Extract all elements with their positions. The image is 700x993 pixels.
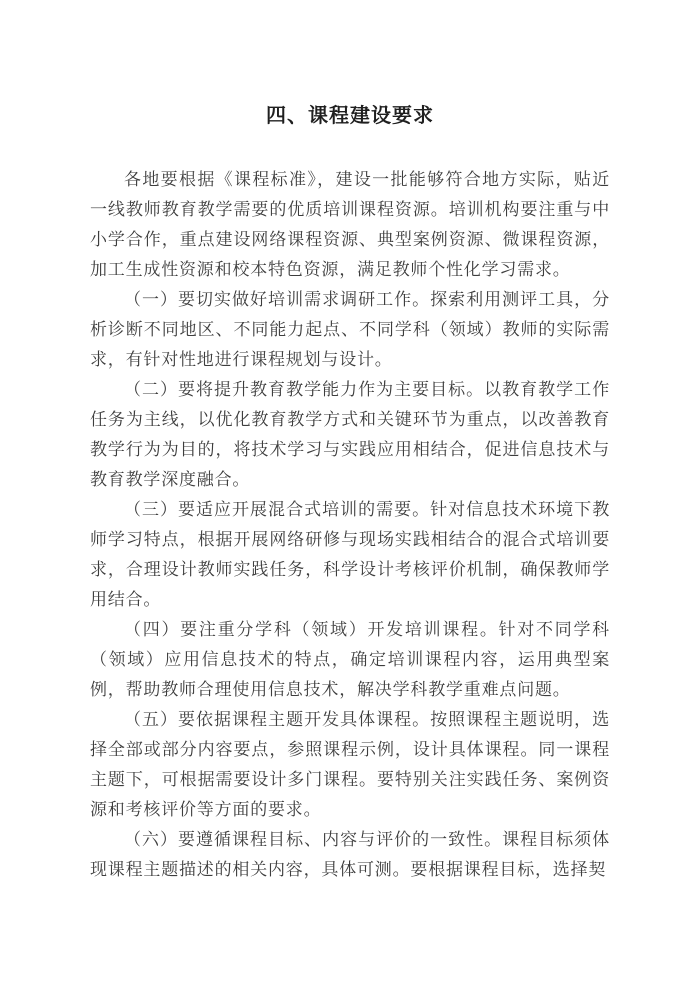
paragraph: （四）要注重分学科（领域）开发培训课程。针对不同学科（领域）应用信息技术的特点，… (90, 615, 610, 705)
document-page: 四、课程建设要求 各地要根据《课程标准》，建设一批能够符合地方实际，贴近一线教师… (0, 0, 700, 993)
document-title: 四、课程建设要求 (90, 103, 610, 129)
paragraph: （一）要切实做好培训需求调研工作。探索利用测评工具，分析诊断不同地区、不同能力起… (90, 285, 610, 375)
paragraph: （二）要将提升教育教学能力作为主要目标。以教育教学工作任务为主线，以优化教育教学… (90, 375, 610, 495)
paragraph: （五）要依据课程主题开发具体课程。按照课程主题说明，选择全部或部分内容要点，参照… (90, 705, 610, 825)
paragraph: （三）要适应开展混合式培训的需要。针对信息技术环境下教师学习特点，根据开展网络研… (90, 495, 610, 615)
paragraph: （六）要遵循课程目标、内容与评价的一致性。课程目标须体现课程主题描述的相关内容，… (90, 825, 610, 885)
document-body: 各地要根据《课程标准》，建设一批能够符合地方实际，贴近一线教师教育教学需要的优质… (90, 165, 610, 885)
paragraph: 各地要根据《课程标准》，建设一批能够符合地方实际，贴近一线教师教育教学需要的优质… (90, 165, 610, 285)
